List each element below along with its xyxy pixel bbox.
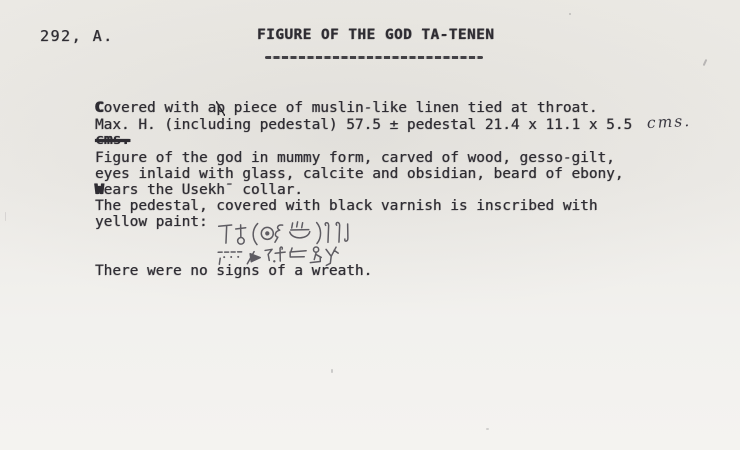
glyph-close-paren — [317, 222, 321, 243]
text-line-covering: Covered with ap piece of muslin-like lin… — [95, 101, 598, 116]
handwritten-annotation: cms. — [647, 114, 692, 131]
title-underline — [265, 56, 483, 59]
text-line-wreath: There were no signs of a wreath. — [95, 264, 372, 279]
text-line-pedestal: The pedestal, covered with black varnish… — [95, 199, 598, 214]
glyph-cross — [275, 247, 285, 261]
text-line-description: Figure of the god in mummy form, carved … — [95, 151, 615, 166]
glyph-curl — [275, 225, 283, 242]
text-line-materials: eyes inlaid with glass, calcite and obsi… — [95, 167, 624, 182]
glyph-figure-head — [313, 247, 318, 252]
text-line-deleted: cms. — [95, 133, 130, 148]
scan-speck — [331, 369, 333, 373]
glyph-sun-dot — [266, 232, 269, 235]
glyph-double-dash — [290, 248, 306, 257]
text-line-collar: Wears the Usekh¯ collar. — [95, 183, 303, 198]
glyph-ankh-loop — [238, 237, 245, 244]
glyph-reed-1 — [325, 223, 329, 243]
text-line-dimensions: Max. H. (including pedestal) 57.5 ± pede… — [95, 117, 691, 133]
text-segment: Max. H. (including pedestal) 57.5 ± pede… — [95, 117, 632, 133]
catalog-number: 292, A. — [40, 27, 114, 45]
text-segment: piece of muslin-like linen tied at throa… — [225, 100, 598, 116]
glyph-ticks — [292, 222, 303, 228]
text-segment: Covered with a — [95, 100, 216, 116]
glyph-hook — [265, 249, 272, 260]
scan-speck — [569, 13, 571, 15]
scanned-catalog-card: 292, A. FIGURE OF THE GOD TA-TENEN Cover… — [0, 0, 740, 450]
glyph-open-paren — [253, 224, 258, 245]
scan-speck — [486, 428, 489, 430]
scan-speck — [5, 212, 6, 221]
glyph-bowl — [290, 230, 310, 238]
glyph-ankh-stem — [236, 225, 246, 237]
struck-character: p — [216, 101, 225, 116]
scan-speck — [703, 59, 708, 66]
struck-text: cms. — [95, 132, 130, 148]
glyph-flag — [219, 225, 232, 243]
text-line-paint: yellow paint: — [95, 215, 208, 230]
glyph-reed-2 — [336, 222, 340, 242]
glyph-figure-body — [310, 252, 321, 262]
page-title: FIGURE OF THE GOD TA-TENEN — [257, 27, 494, 43]
glyph-stroke — [344, 224, 347, 241]
